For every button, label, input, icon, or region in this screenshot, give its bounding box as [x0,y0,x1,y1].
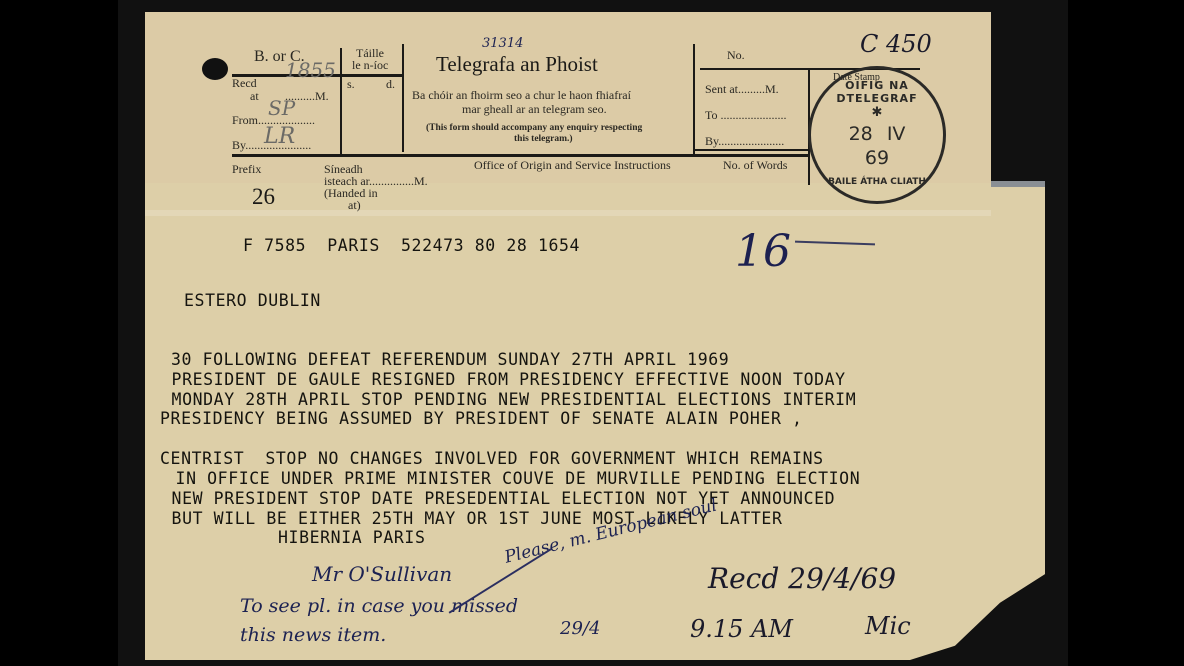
stamp-month: IV [887,123,906,145]
message-p2-line3: NEW PRESIDENT STOP DATE PRESEDENTIAL ELE… [161,489,835,508]
rule-right-mid [693,149,810,151]
sent-at-label: Sent at.........M. [705,82,779,97]
paper-fold [145,210,991,216]
pencil-mark-3: LR [264,124,295,149]
rule-vert-3 [693,44,695,154]
message-p1-line3: MONDAY 28TH APRIL STOP PENDING NEW PRESI… [161,390,856,409]
charge-label-2: le n-íoc [352,58,388,73]
by-right-label: By...................... [705,134,784,149]
rule-vert-1 [340,48,342,154]
tape-edge [991,181,1045,187]
stamp-arc-bottom: BAILE ÁTHA CLIATH [811,177,943,187]
stamp-star-icon: ✱ [811,105,943,120]
message-address: ESTERO DUBLIN [184,291,321,310]
postmark-stamp: OIFIG NA DTELEGRAF ✱ 28 IV 69 BAILE ÁTHA… [808,66,946,204]
stamp-year: 69 [811,147,943,169]
handed-in-label-4: at) [348,198,361,213]
rule-vert-2 [402,44,404,152]
prefix-value: 26 [252,184,275,210]
stamp-day: 28 [849,123,873,145]
word-count: 16 [735,226,791,277]
recd-label-2: at [250,89,259,104]
message-signature: HIBERNIA PARIS [278,528,425,547]
message-p1-line1: 30 FOLLOWING DEFEAT REFERENDUM SUNDAY 27… [171,350,729,369]
message-p1-line4: PRESIDENCY BEING ASSUMED BY PRESIDENT OF… [160,409,803,428]
message-p2-line2: IN OFFICE UNDER PRIME MINISTER COUVE DE … [165,469,860,488]
received-initials: Mic [865,612,911,640]
office-origin-label: Office of Origin and Service Instruction… [474,158,671,173]
no-of-words-label: No. of Words [723,158,787,173]
to-label: To ...................... [705,108,787,123]
punch-hole [202,58,228,80]
note-line2: To see pl. in case you missed [240,595,518,617]
initials-date: 29/4 [560,618,600,639]
form-subtitle-english-2: this telegram.) [514,134,573,144]
stamp-date: 28 IV [811,123,943,145]
pencil-mark-1: 1855 [285,58,336,82]
form-subtitle-english-1: (This form should accompany any enquiry … [426,123,642,133]
form-subtitle-irish-2: mar gheall ar an telegram seo. [462,102,607,117]
charge-unit-d: d. [386,77,395,92]
message-p1-line2: PRESIDENT DE GAULE RESIGNED FROM PRESIDE… [161,370,846,389]
stamp-arc-top: OIFIG NA DTELEGRAF [811,79,943,105]
prefix-label: Prefix [232,162,261,177]
no-label: No. [727,48,745,63]
form-subtitle-irish-1: Ba chóir an fhoirm seo a chur le haon fh… [412,88,631,103]
message-header-line: F 7585 PARIS 522473 80 28 1654 [243,236,580,255]
top-number: 31314 [482,36,523,51]
received-note: Recd 29/4/69 [708,562,896,595]
rule-header-bottom [232,154,810,157]
form-title: Telegrafa an Phoist [436,52,598,77]
message-p2-line1: CENTRIST STOP NO CHANGES INVOLVED FOR GO… [160,449,824,468]
note-line3: this news item. [240,624,386,646]
ref-number: C 450 [860,30,932,58]
received-time: 9.15 AM [690,615,793,643]
pencil-mark-2: SP [268,96,295,120]
charge-unit-s: s. [347,77,355,92]
note-line1: Mr O'Sullivan [312,562,452,586]
